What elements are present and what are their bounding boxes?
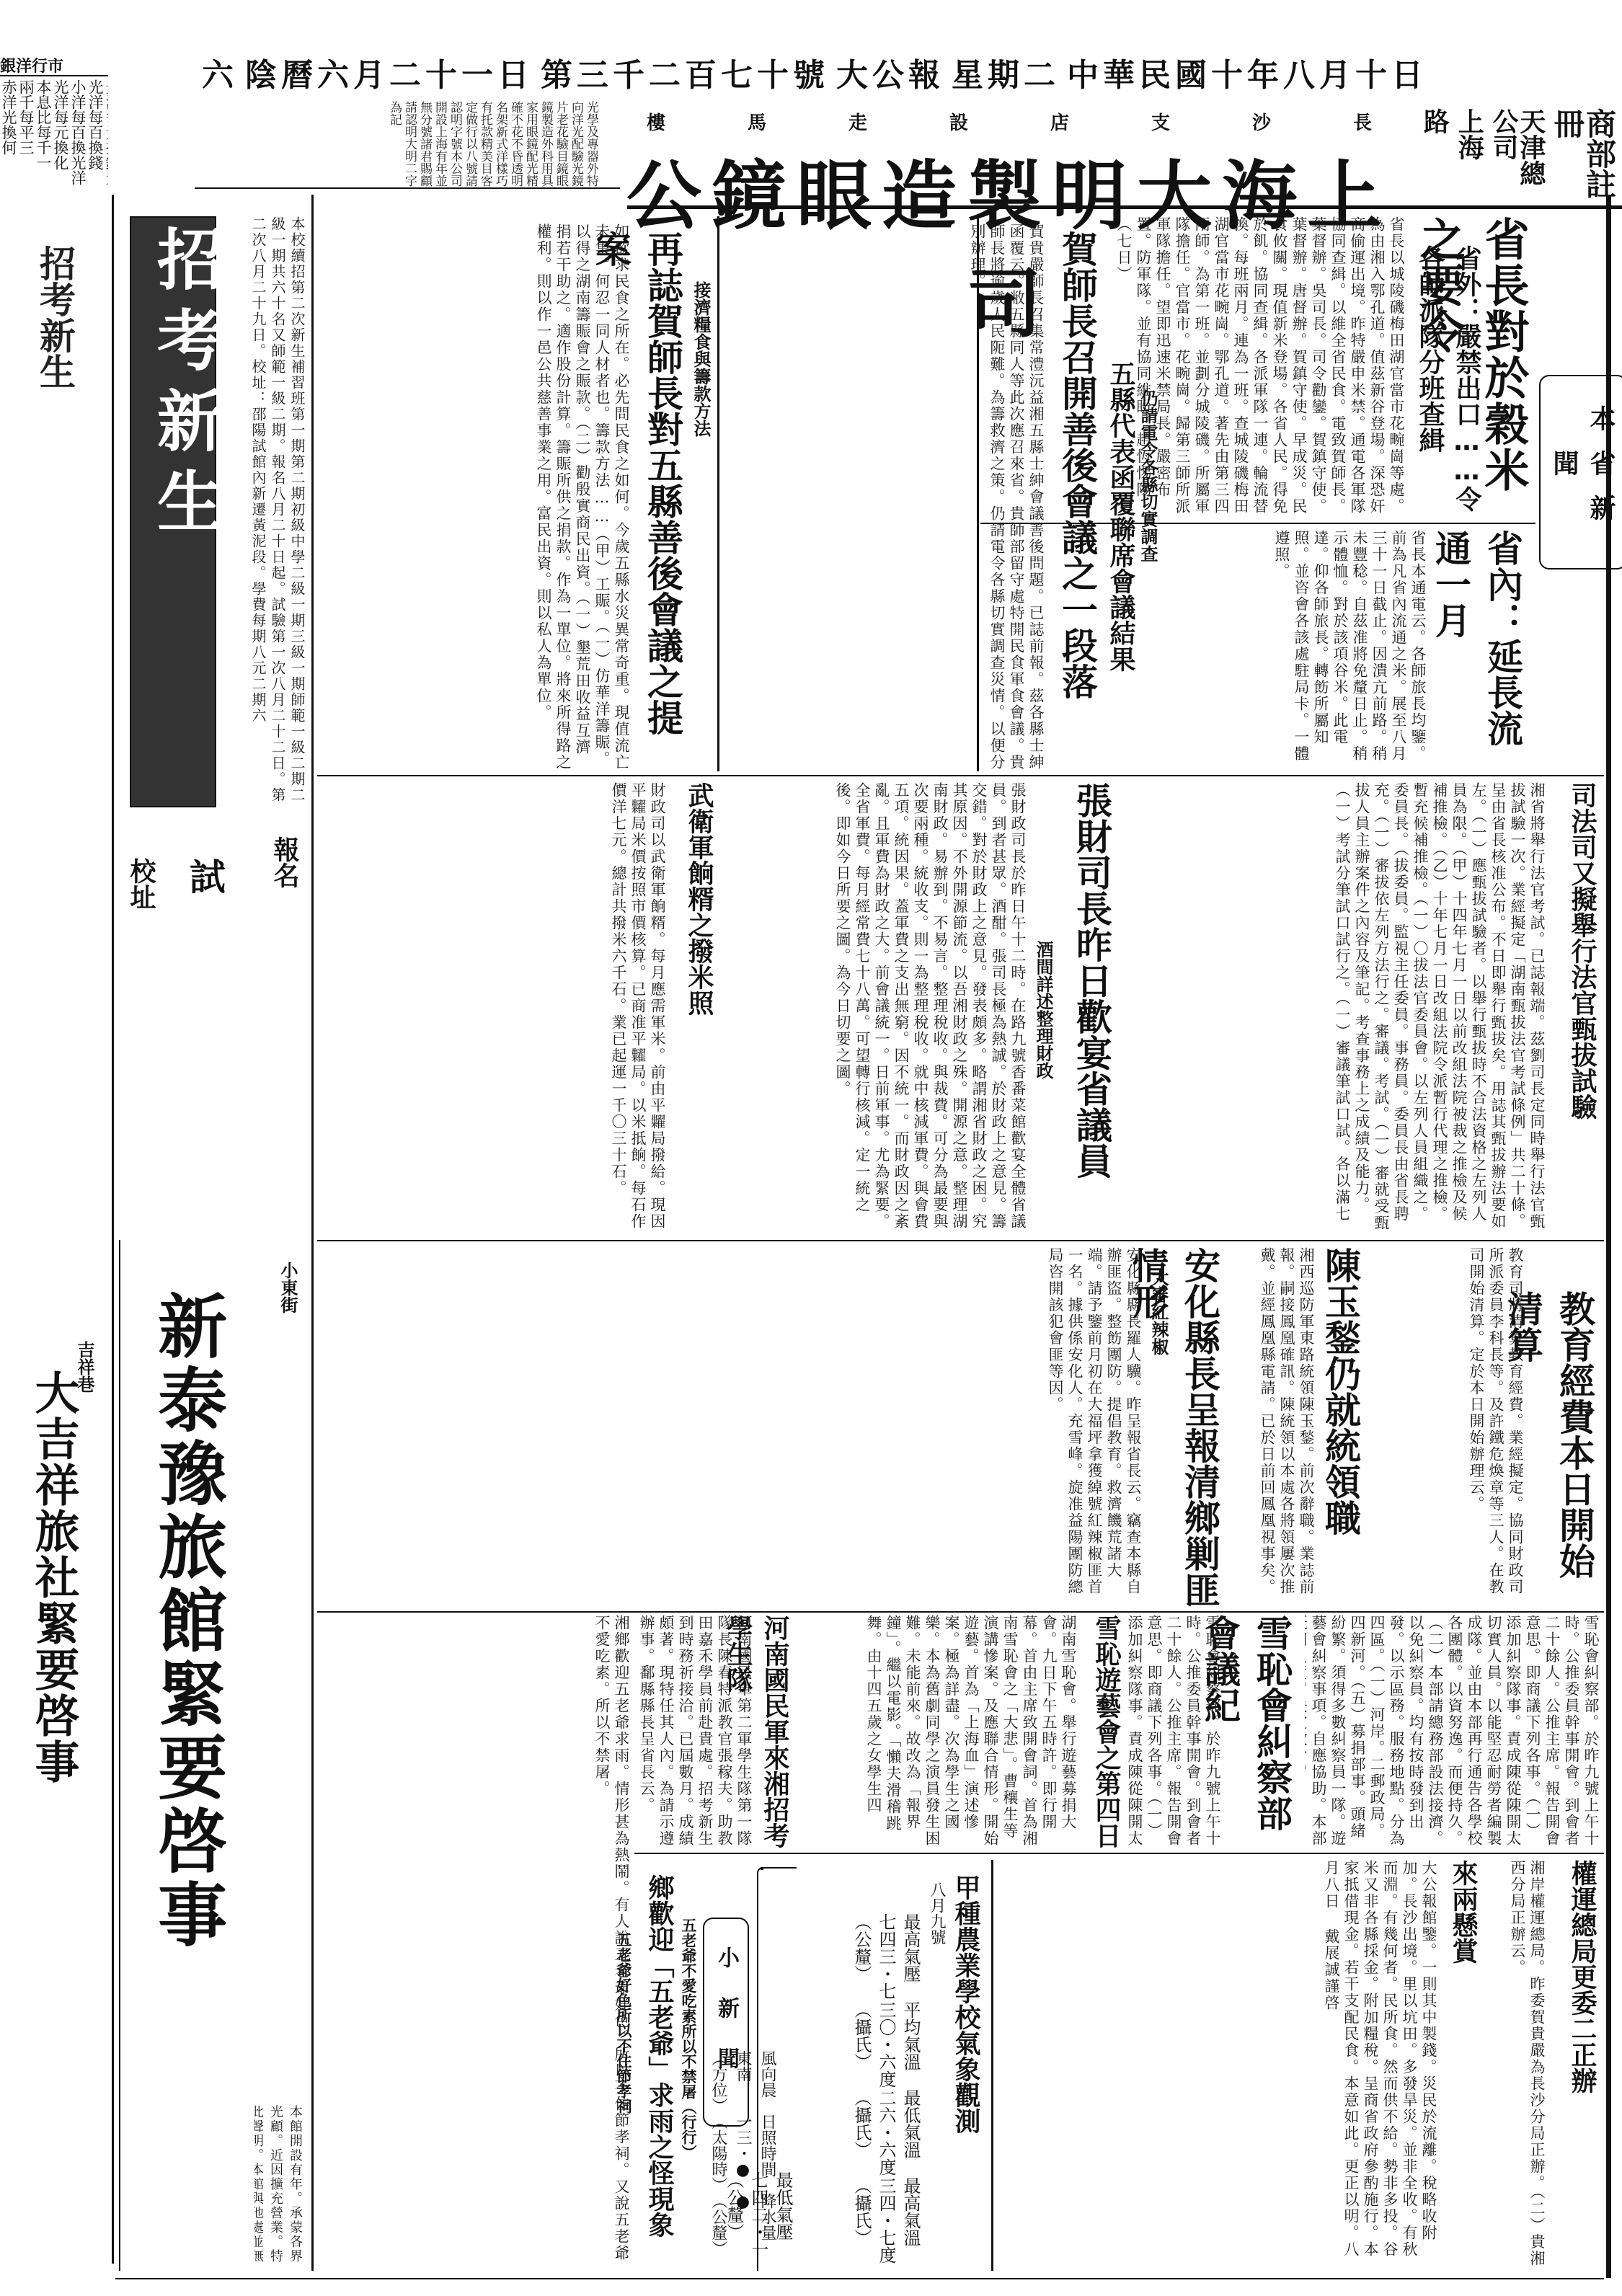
article-body: 湘省將舉行法官考試。已誌報端。茲劉司長定同時舉行法官甄拔試驗一次。業經擬定「湖南… <box>1125 782 1546 1236</box>
paper-name: 大公報 <box>836 49 944 95</box>
weather-unit: （攝氏） <box>849 2089 874 2176</box>
hotel-ad-location: 小東街 <box>275 1262 301 1313</box>
article-anhua-head: 安化縣長呈報清鄉剿匪情形 大審紅辣椒 <box>1168 1247 1226 1608</box>
date-lunar: 陰曆六月二十一日 <box>245 49 533 95</box>
article-zhang-banquet-head: 張財司長昨日歡宴省議員 酒間詳述整理財政 <box>1031 782 1117 1236</box>
rate-line: 赤洋光換何 <box>0 79 17 187</box>
divider <box>717 216 719 771</box>
corner-ad: 商部註冊 天津總公司 上海 路 <box>1435 108 1615 202</box>
divider <box>115 2278 1604 2279</box>
inn-ad-title: 大吉祥旅社緊要啓事 <box>22 1370 86 2018</box>
article-wuwei-head: 武衛軍餉糈之撥米照 <box>670 782 717 1236</box>
branch-char: 店 <box>1050 108 1069 135</box>
weather-label: 最高氣壓 <box>898 1913 923 2000</box>
article-body: 張財政司長於昨日午十二時。在路九號香番菜館歡宴全體省議員。到者甚眾。酒酣。張司長… <box>721 782 1027 1236</box>
divider <box>311 195 314 2271</box>
exchange-rates-title: 銀洋行市 <box>0 58 108 76</box>
branch-char: 走 <box>848 108 867 135</box>
article-body-cont: 雪恥會糾察部。於昨九號上午十時。公推委員幹事開會。到會者二十餘人。公推主席。報告… <box>1125 1615 1222 1853</box>
article-education-funds-head: 教育經費本日開始清算 <box>1528 1247 1600 1608</box>
school-ad-subtitle: 報名 <box>266 836 303 888</box>
subheadline: 五老爺不愛吃素所以不禁屠（行行） <box>678 1918 699 2160</box>
exchange-rates-box: 銀洋行市 光洋每元換銅元 光洋每百換錢 小洋每百換光洋 光洋每元換化 本息比每千… <box>0 58 108 187</box>
article-rice-inner: 省內：延長流通一月 <box>1427 530 1528 775</box>
divider <box>112 195 114 2264</box>
divider <box>317 775 1604 776</box>
branch-char: 長 <box>1353 108 1372 135</box>
branch-line: 長 沙 支 店 設 走 馬 樓 <box>606 108 1413 135</box>
weather-label: 降水量 <box>755 2193 779 2256</box>
corner-ad-line: 上海 <box>1455 108 1482 202</box>
weekday: 星期二 <box>952 49 1060 95</box>
article-body: 教育司將清算教育經費。業經擬定。協同財政司所派委員李科長等。及許鐵危煥章等三人。… <box>1370 1247 1525 1608</box>
subheadline: 接濟糧食與籌款方法 <box>688 281 714 437</box>
headline: 武衛軍餉糈之撥米照 <box>681 782 717 1016</box>
weather-unit: （攝氏） <box>849 2177 874 2264</box>
weather-headline: 甲種農業學校氣象觀測 <box>947 1874 984 2134</box>
article-five-elders-head: 鄉歡迎「五老爺」求雨之怪現象 五老爺不愛吃素所以不禁屠（行行） 五老爺好色所以不… <box>634 1874 699 2271</box>
article-body: 湘西巡防軍東路統領陳玉鍫。前次辭職。業誌前報。嗣接鳳凰確訊。陳統領以本處各將領屢… <box>1226 1247 1316 1608</box>
rate-line: 光洋每百換錢 <box>87 79 104 187</box>
article-he-conference-head: 賀師長召開善後會議之一段落 五縣代表函覆聯席會議結果 仍請電令各縣切實調查 <box>1045 231 1197 764</box>
hotel-ad: 小東街 新泰豫旅館緊要啓事 本館開設有年。承蒙各界光顧。近因擴充營業。特此聲明。… <box>119 1240 308 2271</box>
headline: 陳玉鍫仍就統領職 <box>1314 1247 1366 1535</box>
weather-row: 最高氣壓七四三・七（公釐） <box>849 1913 923 2000</box>
school-ad-text: 本校續招第二次新生補習班第一期第二期初級中學二級一期三級一期師範一級二期二級一期… <box>223 216 306 815</box>
headline: 司法司又擬舉行法官甄拔試驗 <box>1564 782 1600 1120</box>
article-xuechi-meeting-head: 雪恥會糾察部會議紀 <box>1226 1615 1298 1853</box>
weather-row: 最低氣溫二六・六度（攝氏） <box>849 2089 923 2176</box>
headline: 來兩懸賞 <box>1445 1860 1481 1964</box>
weather-value: 七四三・七 <box>874 1913 898 2000</box>
headline: 鄉歡迎「五老爺」求雨之怪現象 <box>641 1874 678 2238</box>
rate-line: 光洋每元換銅元 <box>104 79 108 187</box>
article-chen-head: 陳玉鍫仍就統領職 <box>1319 1247 1366 1608</box>
article-henan-army-head: 河南國民軍來湘招考學生隊 <box>757 1615 793 1853</box>
left-edge-column: 招考新生 大吉祥旅社緊要啓事 吉祥巷 <box>0 216 108 2264</box>
headline: 省內：延長流通一月 <box>1424 530 1528 775</box>
weather-row: 降水量●（公釐） <box>706 2193 779 2256</box>
banner-ad: 長 沙 支 店 設 走 馬 樓 上海大明製造眼鏡公司 <box>606 108 1413 209</box>
weather-label: 日照時間 <box>755 2114 779 2193</box>
school-ad-location: 校址 <box>123 858 159 910</box>
school-ad: 招考新生 本校續招第二次新生補習班第一期第二期初級中學二級一期三級一期師範一級二… <box>115 202 310 829</box>
headline: 賀師長召開善後會議之一段落 <box>1051 231 1103 699</box>
article-body: 大公報館鑒。一則其中製錢。災民於流離。稅略收附加。長沙出境。里以坑田。多發旱災。… <box>995 1860 1438 2271</box>
corner-ad-line: 天津總公司 <box>1489 108 1544 202</box>
article-rain-reward-head: 來兩懸賞 <box>1442 1860 1481 2271</box>
hotel-ad-title: 新泰豫旅館緊要啓事 <box>149 1290 226 2228</box>
article-transport-head: 權運總局更委二正辦 <box>1550 1860 1600 2271</box>
weather-date: 八月九號 <box>926 1881 948 1945</box>
weather-report: 甲種農業學校氣象觀測 八月九號 最高氣溫三四・七度（攝氏） 最低氣溫二六・六度（… <box>793 1860 988 2271</box>
school-banner-text: 招考新生 <box>131 218 238 555</box>
divider <box>317 1611 1604 1613</box>
exchange-rates-lines: 光洋每元換銅元 光洋每百換錢 小洋每百換光洋 光洋每元換化 本息比每千一 兩千每… <box>0 79 108 187</box>
article-body: 雪恥會糾察部。於昨九號上午十時。公推委員幹事開會。到會者二十餘人。公推主席。報告… <box>1305 1615 1600 1853</box>
article-body: 湘鄉歡迎五老爺求雨。情形甚為熱鬧。有人說五老爺好色。所以不住節孝祠。又說五老爺不… <box>321 1615 631 2271</box>
branch-char: 樓 <box>647 108 665 135</box>
article-body: 如欲求民食之所在。必先問民食之如何。今歲五縣水災異常奇重。現值流亡未集。何忍一同… <box>321 223 631 771</box>
school-banner-edge: 招考新生 <box>29 245 81 1110</box>
headline: 張財司長昨日歡宴省議員 <box>1065 782 1117 1179</box>
article-xuechi-fair-head: 雪恥遊藝會之第四日 <box>1081 1615 1125 1853</box>
masthead: 中華民國十年八月十日 星期二 大公報 第三千二百七十號 陰曆六月二十一日 六 <box>202 50 1427 94</box>
section-label-local-news: 本省新聞 <box>1539 375 1622 569</box>
article-he-proposal-head: 再誌賀師長對五縣善後會議之提案 接濟糧食與籌款方法 <box>634 231 714 764</box>
section-label-small-news: 小新聞 <box>703 1918 749 2127</box>
weather-value: 三〇・六度 <box>874 2001 898 2088</box>
divider <box>634 1853 1604 1854</box>
weather-value: 二六・六度 <box>874 2089 898 2176</box>
issue-number: 第三千二百七十號 <box>541 49 829 95</box>
date-western: 中華民國十年八月十日 <box>1067 49 1427 95</box>
article-body: 賀貴嚴師長召集常澧沅益湘五縣士紳會議善後問題。已誌前報。茲各縣士紳函覆云。敝五縣… <box>721 223 1045 771</box>
weather-unit: （公釐） <box>706 2193 730 2256</box>
subheadline: 酒間詳述整理財政 <box>1031 941 1056 1079</box>
headline: 雪恥遊藝會之第四日 <box>1088 1615 1125 1848</box>
page-number: 六 <box>202 49 238 95</box>
subheadline: 大審紅辣椒 <box>1146 1269 1171 1355</box>
subheadline: 省外：嚴禁出口……令各師派隊分班查緝 <box>1412 245 1485 519</box>
article-judicial-exam-head: 司法司又擬舉行法官甄拔試驗 <box>1550 782 1600 1236</box>
article-body: 湘岸權運總局。昨委賀貴嚴為長沙分局正辦。（二）貴湘西分局正辦云。 <box>1485 1860 1546 2271</box>
rate-line: 小洋每百換光洋 <box>69 79 87 187</box>
rate-line: 本息比每千一 <box>35 79 52 187</box>
divider <box>991 1860 993 2271</box>
weather-row: 最高氣溫三四・七度（攝氏） <box>849 2177 923 2264</box>
corner-ad-title: 商部註冊 <box>1551 108 1615 202</box>
subheadline: 仍請電令各縣切實調查 <box>1135 389 1161 562</box>
corner-ad-line: 路 <box>1421 108 1448 202</box>
school-ad-exam: 試 <box>179 858 231 894</box>
weather-label: 平均氣溫 <box>898 2001 923 2088</box>
weather-label: 風向晨 <box>755 2050 779 2114</box>
headline: 權運總局更委二正辦 <box>1564 1860 1600 2093</box>
subheadline: 五縣代表函覆聯席會議結果 <box>1102 360 1139 672</box>
article-body: 財政司以武衛軍餉糈。每月應需軍米。前由平糶局撥給。現因平糶局米價按照市價核算。已… <box>321 782 667 1236</box>
rate-line: 兩千每平三 <box>17 79 35 187</box>
school-ad-details: 報名 試 校址 <box>115 836 310 1218</box>
divider <box>195 187 620 189</box>
article-body: 河南國民軍第二軍學生隊第一隊隊長陳春特派教官張稼夫。助教田嘉禾學員前赴貴處。招考… <box>634 1615 753 1853</box>
weather-label: 最低氣溫 <box>898 2089 923 2176</box>
branch-char: 支 <box>1151 108 1170 135</box>
inn-ad-location: 吉祥巷 <box>72 1341 97 1393</box>
weather-table: 最高氣溫三四・七度（攝氏） 最低氣溫二六・六度（攝氏） 平均氣溫三〇・六度（攝氏… <box>846 1874 923 2264</box>
divider <box>627 205 1622 209</box>
hotel-ad-text: 本館開設有年。承蒙各界光顧。近因擴充營業。特此聲明。本館與他處並無分號。 <box>254 2105 305 2264</box>
branch-char: 沙 <box>1252 108 1271 135</box>
branch-char: 馬 <box>748 108 766 135</box>
weather-value: ● <box>730 2193 755 2256</box>
optical-ad-text: 光學及專器外特向洋光配驗光鏡片老花驗目鏡眼鏡製造外科用具家用眼鏡配光精確不花不昏… <box>195 101 598 195</box>
weather-row: 平均氣溫三〇・六度（攝氏） <box>849 2001 923 2088</box>
weather-unit: （公釐） <box>849 1913 874 2000</box>
article-rice-order: 省長對於穀米之要令 省外：嚴禁出口……令各師派隊分班查緝 <box>1406 216 1535 519</box>
article-body: 安化縣縣長羅人驥。昨呈報省長云。竊查本縣自辦匪盜。整飭團防。提倡教育。救濟饑荒諸… <box>321 1247 1143 1608</box>
rate-line: 光洋每元換化 <box>52 79 69 187</box>
article-body: 湖南雪恥會。舉行遊藝募捐大會。九日下午五時許。即行開幕。首由主席致開會詞。首為湘… <box>793 1615 1078 1853</box>
school-banner-box: 招考新生 <box>130 216 216 807</box>
weather-unit: （攝氏） <box>849 2001 874 2088</box>
divider <box>317 1240 1604 1241</box>
weather-value: 三四・七度 <box>874 2177 898 2264</box>
branch-char: 設 <box>949 108 968 135</box>
weather-label: 最高氣溫 <box>898 2177 923 2264</box>
